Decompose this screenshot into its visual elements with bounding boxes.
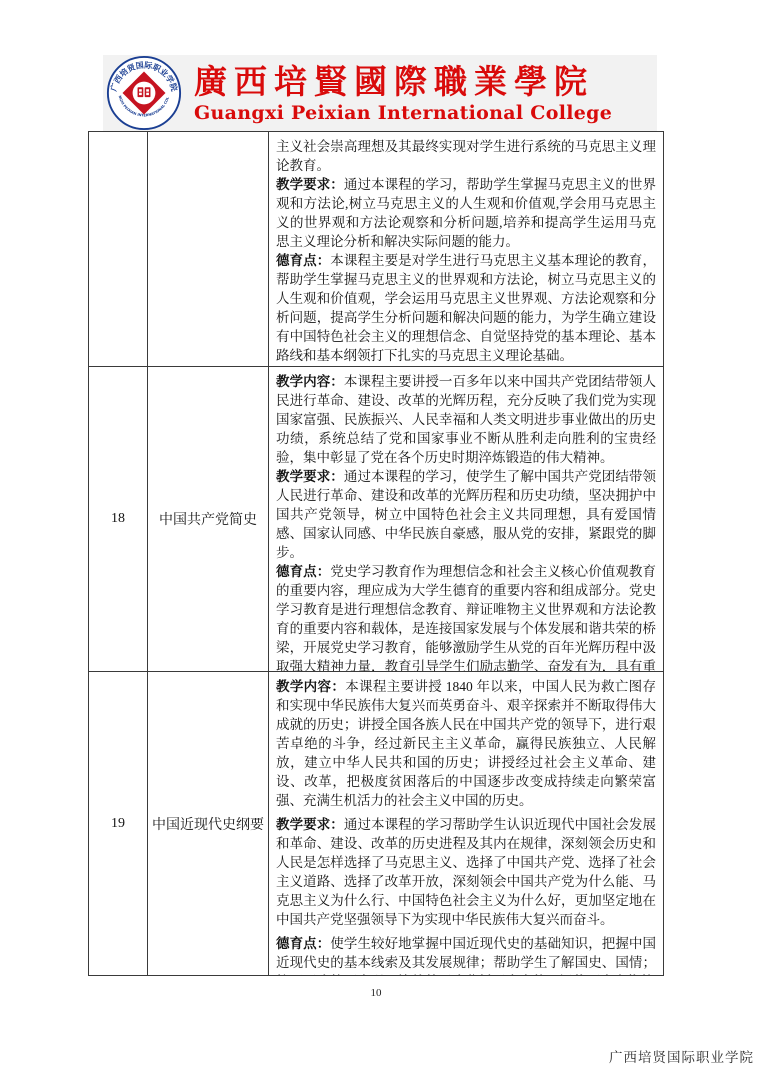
para-label: 教学要求： — [276, 469, 344, 484]
paragraph: 教学内容：本课程主要讲授 1840 年以来，中国人民为救亡图存和实现中华民族伟大… — [276, 677, 656, 810]
para-text: 通过本课程的学习帮助学生认识近现代中国社会发展和革命、建设、改革的历史进程及其内… — [276, 817, 656, 927]
para-label: 教学要求： — [276, 177, 344, 192]
paragraph: 主义社会崇高理想及其最终实现对学生进行系统的马克思主义理论教育。 — [276, 137, 656, 175]
footer-watermark: 广西培贤国际职业学院 — [609, 1046, 754, 1066]
para-text: 党史学习教育作为理想信念和社会主义核心价值观教育的重要内容，理应成为大学生德育的… — [276, 564, 656, 671]
college-header: 广西培贤国际职业学院 GUANGXI PEIXIAN INTERNATIONAL… — [103, 55, 657, 131]
para-label: 教学内容： — [276, 679, 345, 694]
table-row: 18 中国共产党简史 教学内容：本课程主要讲授一百多年以来中国共产党团结带领人民… — [89, 367, 663, 672]
college-name-zh: 廣西培賢國際職業學院 — [194, 62, 657, 102]
course-desc-cell: 主义社会崇高理想及其最终实现对学生进行系统的马克思主义理论教育。 教学要求：通过… — [269, 132, 663, 366]
para-text: 本课程主要讲授 1840 年以来，中国人民为救亡图存和实现中华民族伟大复兴而英勇… — [276, 679, 656, 808]
para-label: 德育点： — [276, 936, 330, 951]
course-desc-cell: 教学内容：本课程主要讲授 1840 年以来，中国人民为救亡图存和实现中华民族伟大… — [269, 672, 663, 975]
paragraph: 德育点：党史学习教育作为理想信念和社会主义核心价值观教育的重要内容，理应成为大学… — [276, 562, 656, 671]
para-text: 本课程主要是对学生进行马克思主义基本理论的教育，帮助学生掌握马克思主义的世界观和… — [276, 253, 656, 363]
course-name-cell — [148, 132, 269, 366]
college-seal-icon: 广西培贤国际职业学院 GUANGXI PEIXIAN INTERNATIONAL… — [106, 55, 182, 131]
course-name-cell: 中国近现代史纲要 — [148, 672, 269, 975]
paragraph: 德育点：使学生较好地掌握中国近现代史的基础知识，把握中国近现代史的基本线索及其发… — [276, 934, 656, 975]
course-name-cell: 中国共产党简史 — [148, 367, 269, 671]
row-number-cell — [89, 132, 148, 366]
para-label: 德育点： — [276, 253, 330, 268]
paragraph: 教学内容：本课程主要讲授一百多年以来中国共产党团结带领人民进行革命、建设、改革的… — [276, 372, 656, 467]
table-row: 19 中国近现代史纲要 教学内容：本课程主要讲授 1840 年以来，中国人民为救… — [89, 672, 663, 975]
row-number-cell: 18 — [89, 367, 148, 671]
college-logo: 广西培贤国际职业学院 GUANGXI PEIXIAN INTERNATIONAL… — [106, 55, 182, 131]
para-label: 教学内容： — [276, 374, 344, 389]
course-desc-cell: 教学内容：本课程主要讲授一百多年以来中国共产党团结带领人民进行革命、建设、改革的… — [269, 367, 663, 671]
courses-table: 主义社会崇高理想及其最终实现对学生进行系统的马克思主义理论教育。 教学要求：通过… — [88, 131, 664, 976]
para-text: 使学生较好地掌握中国近现代史的基础知识，把握中国近现代史的基本线索及其发展规律；… — [276, 936, 656, 975]
paragraph: 教学要求：通过本课程的学习，帮助学生掌握马克思主义的世界观和方法论,树立马克思主… — [276, 175, 656, 251]
paragraph: 教学要求：通过本课程的学习帮助学生认识近现代中国社会发展和革命、建设、改革的历史… — [276, 815, 656, 929]
para-label: 教学要求： — [276, 817, 344, 832]
page-number: 10 — [88, 987, 664, 999]
para-text: 主义社会崇高理想及其最终实现对学生进行系统的马克思主义理论教育。 — [276, 139, 656, 173]
paragraph: 德育点：本课程主要是对学生进行马克思主义基本理论的教育，帮助学生掌握马克思主义的… — [276, 251, 656, 365]
para-label: 德育点： — [276, 564, 330, 579]
college-titles: 廣西培賢國際職業學院 Guangxi Peixian International… — [194, 62, 657, 124]
table-row: 主义社会崇高理想及其最终实现对学生进行系统的马克思主义理论教育。 教学要求：通过… — [89, 132, 663, 367]
document-page: 广西培贤国际职业学院 GUANGXI PEIXIAN INTERNATIONAL… — [0, 0, 764, 1080]
college-name-en: Guangxi Peixian International College — [194, 102, 657, 124]
paragraph: 教学要求：通过本课程的学习，使学生了解中国共产党团结带领人民进行革命、建设和改革… — [276, 467, 656, 562]
row-number-cell: 19 — [89, 672, 148, 975]
